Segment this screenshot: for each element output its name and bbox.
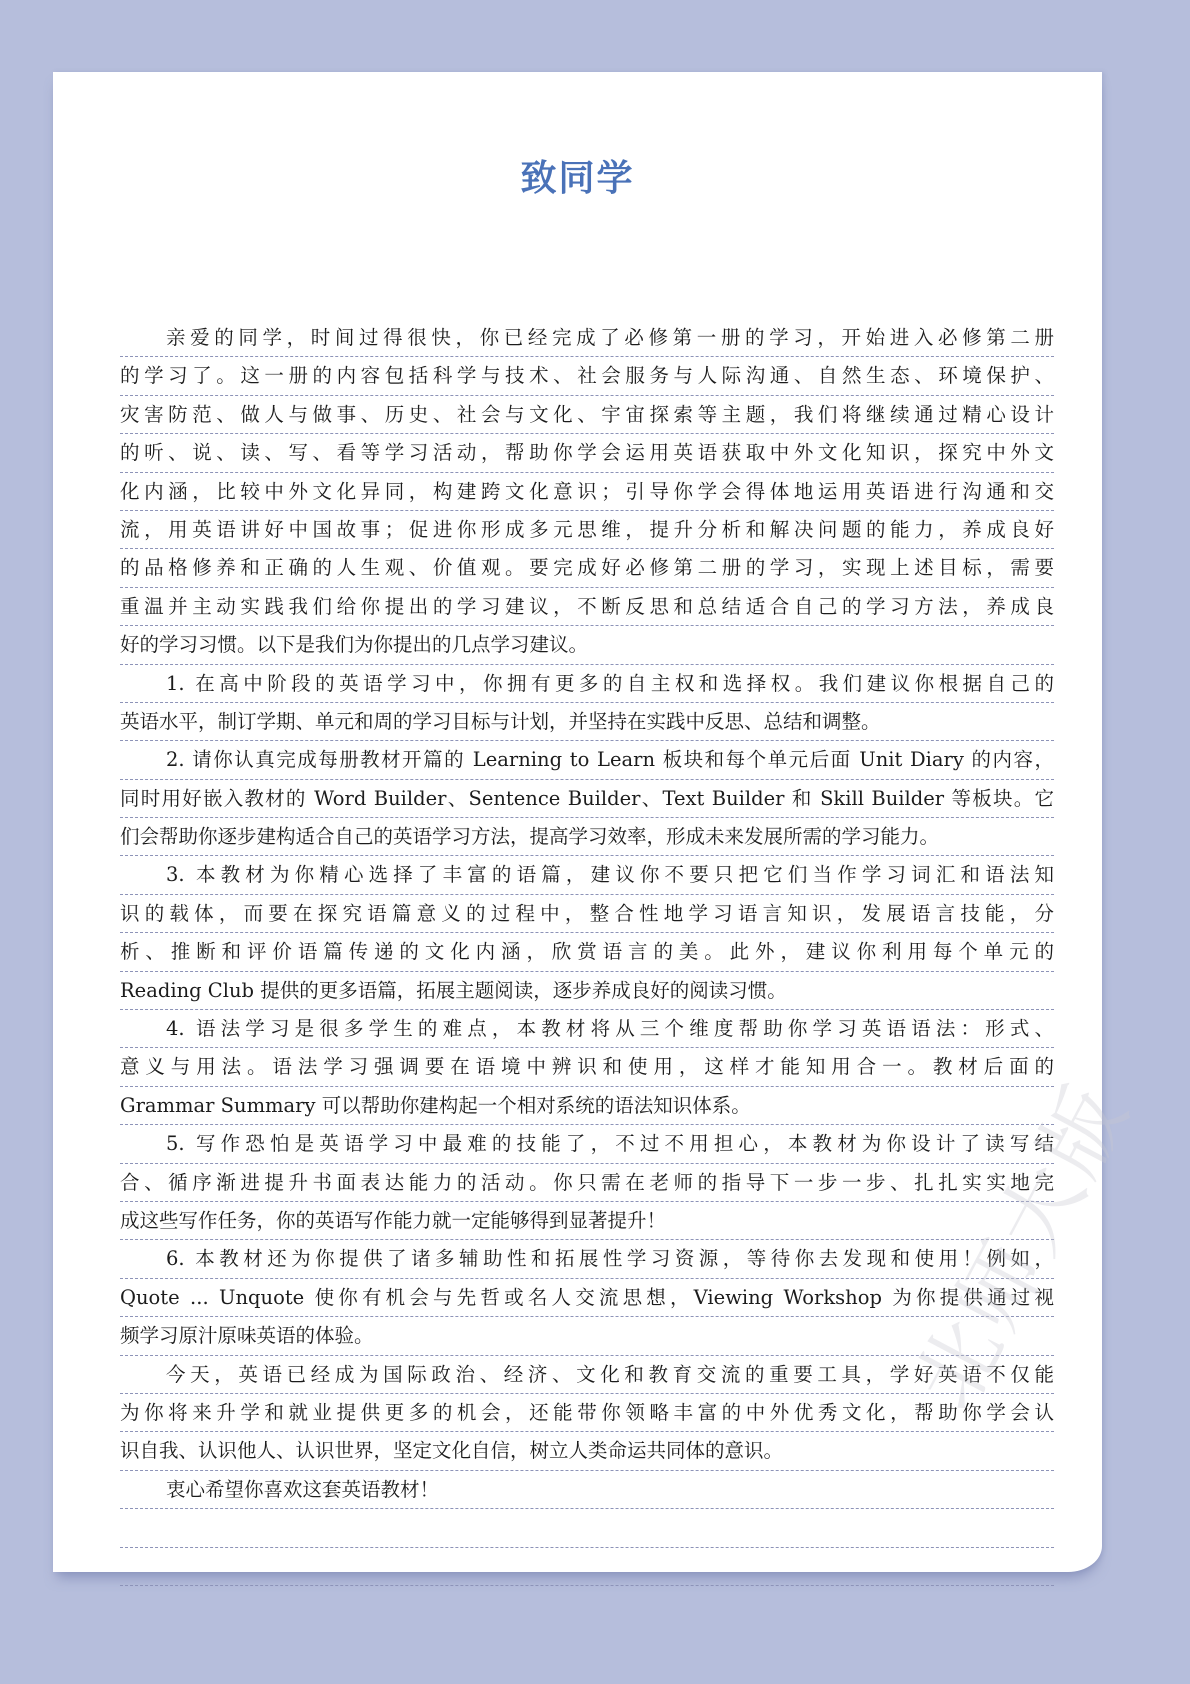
text-line-17: 析、推断和评价语篇传递的文化内涵，欣赏语言的美。此外，建议你利用每个单元的 — [120, 933, 1054, 971]
closing-line: 衷心希望你喜欢这套英语教材！ — [120, 1471, 1054, 1509]
text-line-27: 频学习原汁原味英语的体验。 — [120, 1317, 1054, 1355]
text-line-4: 的听、说、读、写、看等学习活动，帮助你学会运用英语获取中外文化知识，探究中外文 — [120, 434, 1054, 472]
text-line-29: 为你将来升学和就业提供更多的机会，还能带你领略丰富的中外优秀文化，帮助你学会认 — [120, 1394, 1054, 1432]
text-line-6: 流，用英语讲好中国故事；促进你形成多元思维，提升分析和解决问题的能力，养成良好 — [120, 511, 1054, 549]
text-line-26: Quote ... Unquote 使你有机会与先哲或名人交流思想，Viewin… — [120, 1279, 1054, 1317]
page-title: 致同学 — [53, 150, 1102, 201]
text-line-13: 同时用好嵌入教材的 Word Builder、Sentence Builder、… — [120, 780, 1054, 818]
text-line-15: 3. 本教材为你精心选择了丰富的语篇，建议你不要只把它们当作学习词汇和语法知 — [120, 856, 1054, 894]
text-line-3: 灾害防范、做人与做事、历史、社会与文化、宇宙探索等主题，我们将继续通过精心设计 — [120, 396, 1054, 434]
text-line-1: 亲爱的同学，时间过得很快，你已经完成了必修第一册的学习，开始进入必修第二册 — [120, 319, 1054, 357]
text-line-24: 成这些写作任务，你的英语写作能力就一定能够得到显著提升！ — [120, 1202, 1054, 1240]
text-line-20: 意义与用法。语法学习强调要在语境中辨识和使用，这样才能知用合一。教材后面的 — [120, 1048, 1054, 1086]
text-line-8: 重温并主动实践我们给你提出的学习建议，不断反思和总结适合自己的学习方法，养成良 — [120, 588, 1054, 626]
text-line-19: 4. 语法学习是很多学生的难点，本教材将从三个维度帮助你学习英语语法：形式、 — [120, 1010, 1054, 1048]
text-line-30: 识自我、认识他人、认识世界，坚定文化自信，树立人类命运共同体的意识。 — [120, 1432, 1054, 1470]
text-line-18: Reading Club 提供的更多语篇，拓展主题阅读，逐步养成良好的阅读习惯。 — [120, 972, 1054, 1010]
blank-ruled-line — [120, 1548, 1054, 1586]
text-line-23: 合、循序渐进提升书面表达能力的活动。你只需在老师的指导下一步一步、扎扎实实地完 — [120, 1164, 1054, 1202]
text-line-2: 的学习了。这一册的内容包括科学与技术、社会服务与人际沟通、自然生态、环境保护、 — [120, 357, 1054, 395]
text-line-12: 2. 请你认真完成每册教材开篇的 Learning to Learn 板块和每个… — [120, 741, 1054, 779]
text-line-21: Grammar Summary 可以帮助你建构起一个相对系统的语法知识体系。 — [120, 1087, 1054, 1125]
letter-body: 亲爱的同学，时间过得很快，你已经完成了必修第一册的学习，开始进入必修第二册 的学… — [120, 319, 1054, 1586]
text-line-22: 5. 写作恐怕是英语学习中最难的技能了，不过不用担心，本教材为你设计了读写结 — [120, 1125, 1054, 1163]
blank-ruled-line — [120, 1509, 1054, 1547]
text-line-14: 们会帮助你逐步建构适合自己的英语学习方法，提高学习效率，形成未来发展所需的学习能… — [120, 818, 1054, 856]
letter-page: 致同学 亲爱的同学，时间过得很快，你已经完成了必修第一册的学习，开始进入必修第二… — [53, 72, 1102, 1572]
text-line-28: 今天，英语已经成为国际政治、经济、文化和教育交流的重要工具，学好英语不仅能 — [120, 1356, 1054, 1394]
text-line-11: 英语水平，制订学期、单元和周的学习目标与计划，并坚持在实践中反思、总结和调整。 — [120, 703, 1054, 741]
text-line-25: 6. 本教材还为你提供了诸多辅助性和拓展性学习资源，等待你去发现和使用！例如， — [120, 1240, 1054, 1278]
text-line-5: 化内涵，比较中外文化异同，构建跨文化意识；引导你学会得体地运用英语进行沟通和交 — [120, 473, 1054, 511]
text-line-16: 识的载体，而要在探究语篇意义的过程中，整合性地学习语言知识，发展语言技能，分 — [120, 895, 1054, 933]
text-line-7: 的品格修养和正确的人生观、价值观。要完成好必修第二册的学习，实现上述目标，需要 — [120, 549, 1054, 587]
text-line-9: 好的学习习惯。以下是我们为你提出的几点学习建议。 — [120, 626, 1054, 664]
text-line-10: 1. 在高中阶段的英语学习中，你拥有更多的自主权和选择权。我们建议你根据自己的 — [120, 665, 1054, 703]
